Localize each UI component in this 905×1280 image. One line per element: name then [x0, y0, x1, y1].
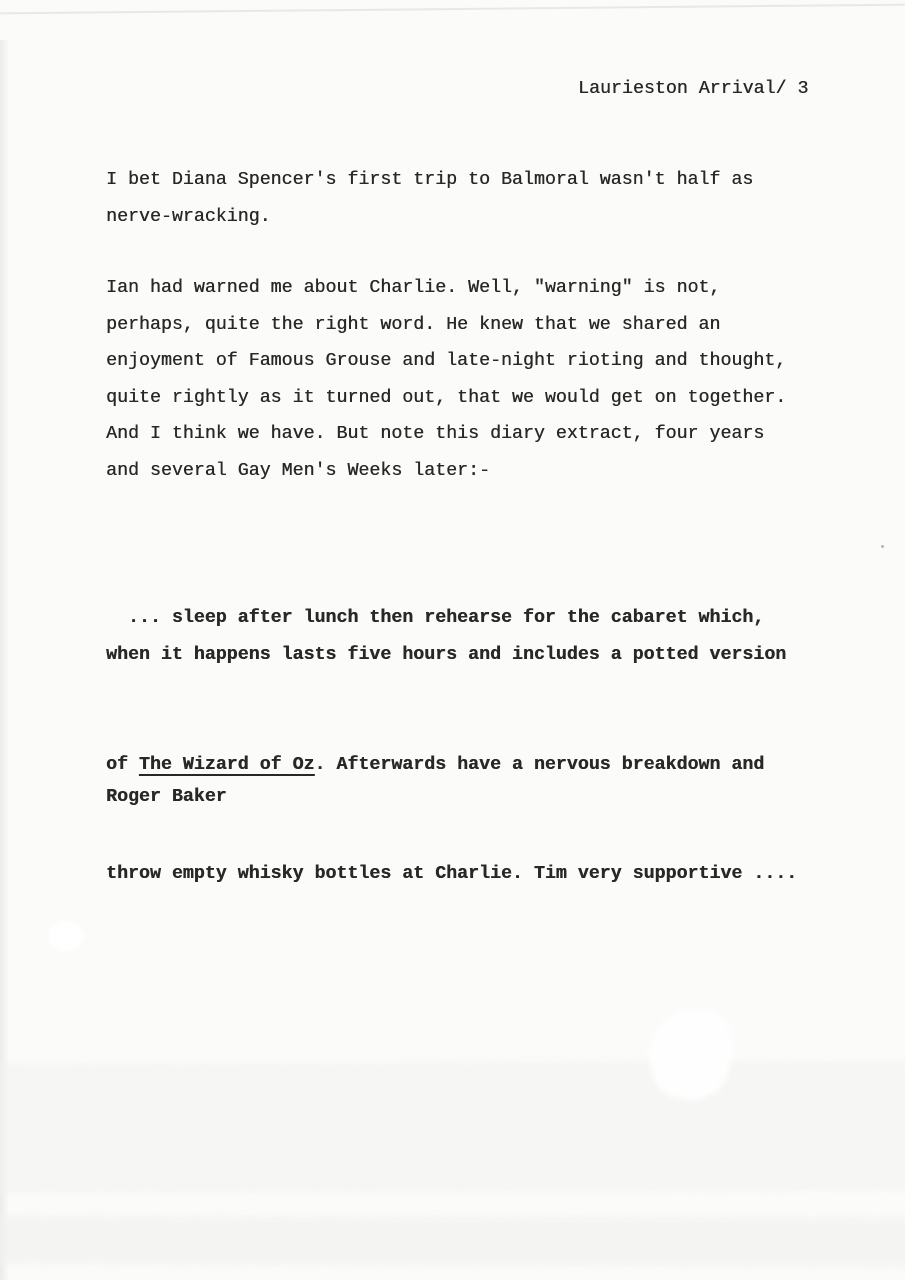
line3-suffix: . Afterwards have a nervous breakdown an…: [314, 755, 764, 775]
running-header: Laurieston Arrival/ 3: [578, 71, 808, 108]
scan-shade-band-lower: [0, 1215, 905, 1267]
book-title-underlined: The Wizard of Oz: [139, 755, 315, 775]
diary-extract-line-4: throw empty whisky bottles at Charlie. T…: [106, 856, 797, 893]
paragraph-body: Ian had warned me about Charlie. Well, "…: [106, 270, 786, 490]
scan-top-edge-line: [0, 4, 905, 14]
whiteout-spot-small: [48, 921, 84, 951]
whiteout-blob-large: [638, 998, 744, 1111]
paragraph-intro: I bet Diana Spencer's first trip to Balm…: [106, 162, 753, 235]
diary-extract-quote: ... sleep after lunch then rehearse for …: [106, 527, 797, 966]
document-page: Laurieston Arrival/ 3 I bet Diana Spence…: [0, 0, 905, 1280]
scan-left-edge-shade: [0, 40, 9, 1280]
diary-extract-line-3: of The Wizard of Oz. Afterwards have a n…: [106, 747, 797, 784]
scan-speck: [881, 545, 884, 548]
scan-shade-band-upper: [0, 1060, 905, 1193]
signature-name: Roger Baker: [106, 779, 227, 816]
line3-prefix: of: [106, 755, 139, 775]
diary-extract-lines-1-2: ... sleep after lunch then rehearse for …: [106, 600, 797, 673]
